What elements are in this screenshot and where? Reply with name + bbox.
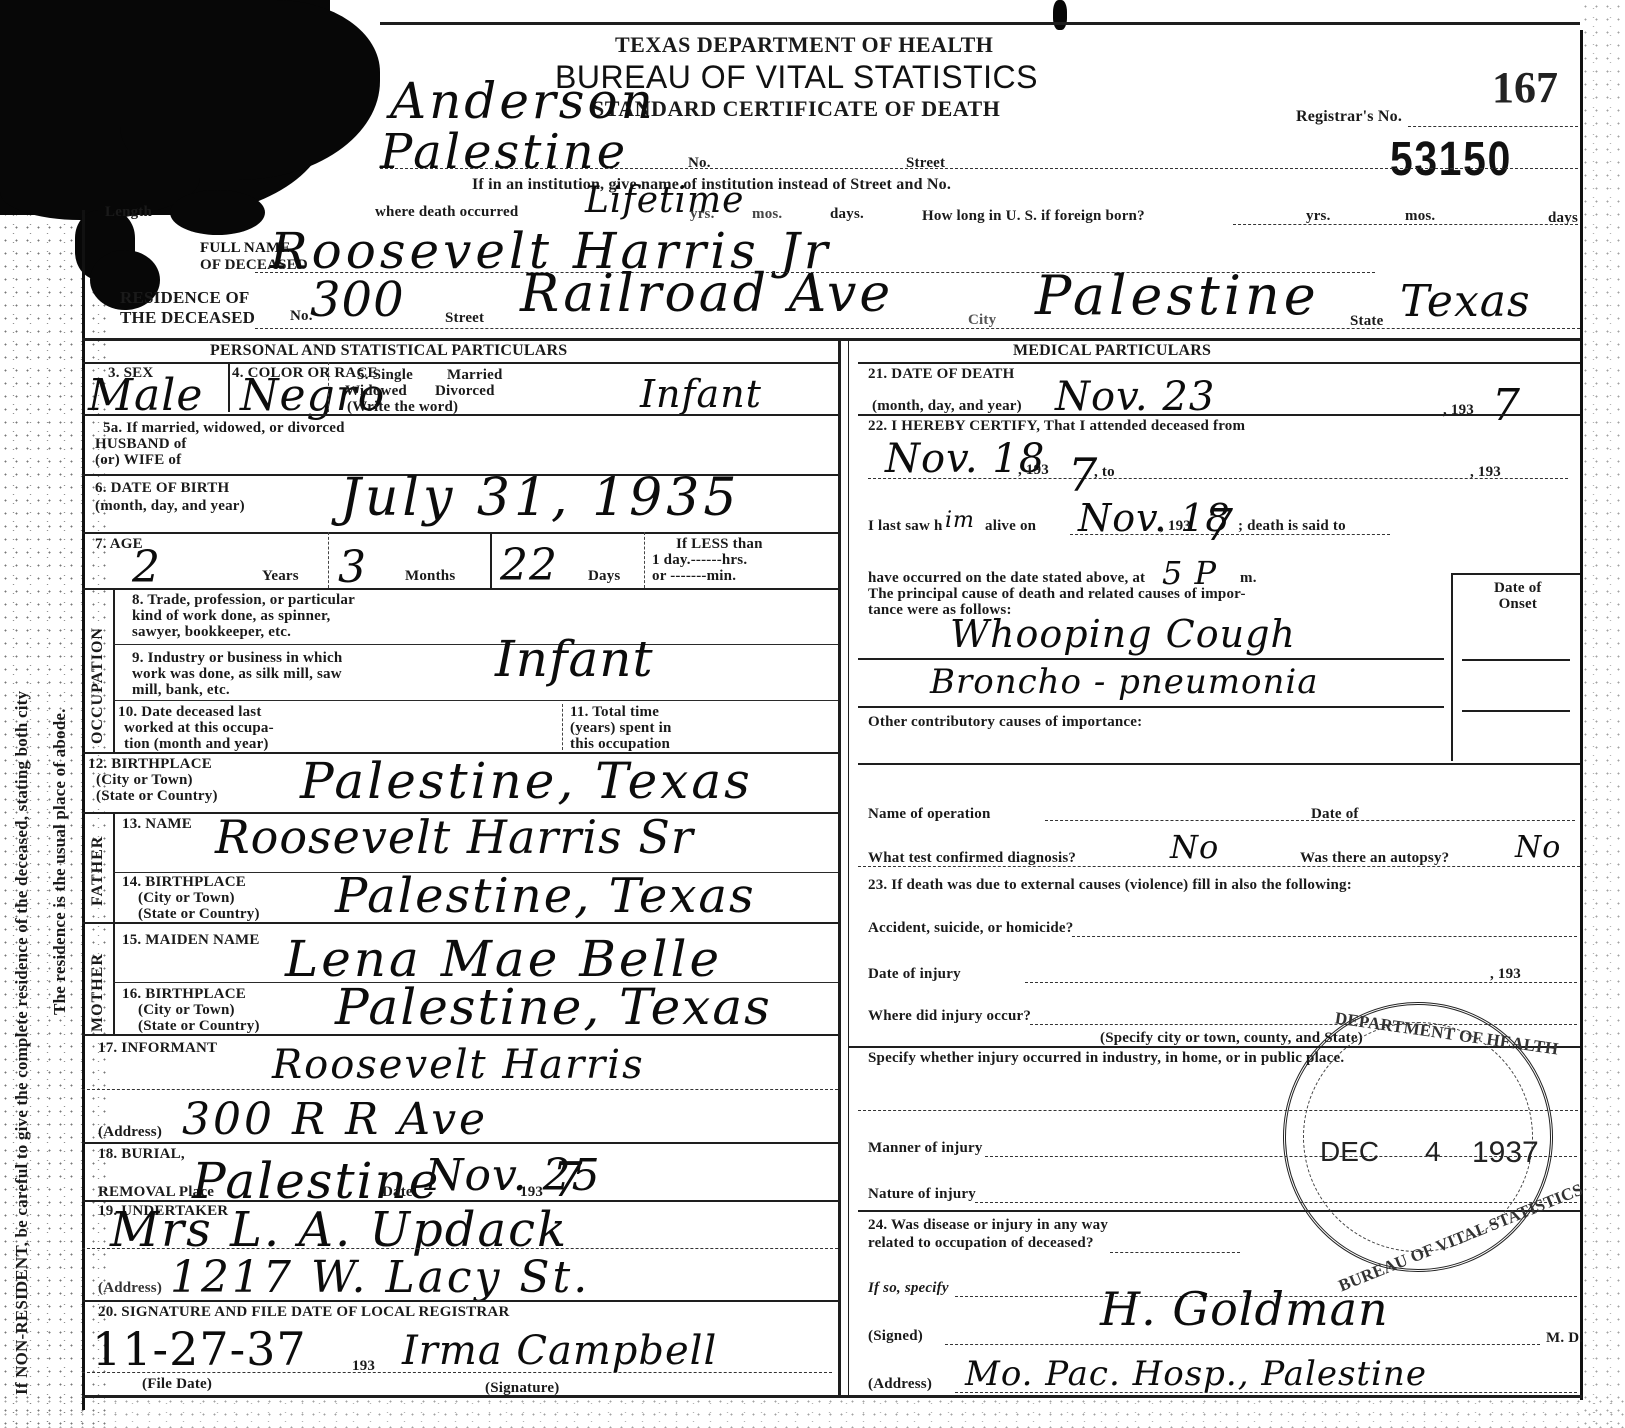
undertaker-address-value: 1217 W. Lacy St. — [170, 1252, 590, 1303]
residence-label-1: RESIDENCE OF — [120, 288, 255, 308]
stamp-date-month: DEC — [1320, 1136, 1379, 1168]
margin-line-2: The residence is the usual place of abod… — [50, 708, 70, 1015]
left-border — [82, 210, 85, 1410]
file-date-value: 11-27-37 — [92, 1322, 307, 1376]
registrar-signature-value: Irma Campbell — [402, 1328, 717, 1374]
age-months-value: 3 — [338, 542, 367, 593]
father-birthplace-value: Palestine, Texas — [335, 868, 756, 924]
date-of-birth-value: July 31, 1935 — [340, 468, 740, 528]
stamp-date-day: 4 — [1425, 1136, 1441, 1168]
onset-label-2: Onset — [1494, 596, 1542, 612]
autopsy-value: No — [1515, 830, 1561, 865]
county-handwritten: Anderson — [390, 72, 656, 130]
street-label: Street — [906, 155, 945, 172]
margin-line-1: If NON-RESIDENT, be careful to give the … — [12, 691, 32, 1395]
stamp-date-year: 1937 — [1472, 1136, 1539, 1170]
father-name-value: Roosevelt Harris Sr — [215, 810, 694, 864]
date-of-death-year-value: 7 — [1492, 380, 1521, 431]
primary-cause-value: Whooping Cough — [950, 612, 1296, 656]
residence-city-value: Palestine — [1035, 264, 1320, 327]
marital-status-value: Infant — [640, 372, 762, 416]
registrar-no-label: Registrar's No. — [1296, 108, 1402, 126]
length-suffix: where death occurred — [375, 204, 518, 221]
residence-state-value: Texas — [1400, 276, 1531, 327]
informant-value: Roosevelt Harris — [272, 1042, 645, 1088]
personal-section-title: PERSONAL AND STATISTICAL PARTICULARS — [210, 342, 567, 360]
registrar-number: 53150 — [1390, 132, 1512, 187]
occupation-side-label: OCCUPATION — [89, 627, 107, 744]
onset-label-1: Date of — [1494, 580, 1542, 596]
birthplace-value: Palestine, Texas — [300, 752, 753, 810]
residence-street-value: Railroad Ave — [520, 264, 893, 324]
medical-section-title: MEDICAL PARTICULARS — [1013, 342, 1211, 360]
age-years-value: 2 — [132, 542, 161, 593]
last-saw-year-value: 7 — [1205, 500, 1234, 551]
residence-label-2: THE DECEASED — [120, 308, 255, 328]
page-number: 167 — [1492, 62, 1558, 113]
age-days-value: 22 — [500, 540, 558, 591]
informant-address-value: 300 R R Ave — [182, 1094, 488, 1145]
foreign-born-label: How long in U. S. if foreign born? — [922, 208, 1145, 225]
mother-birthplace-value: Palestine, Texas — [335, 978, 772, 1036]
residence-number-value: 300 — [310, 272, 405, 328]
physician-address-value: Mo. Pac. Hosp., Palestine — [965, 1354, 1427, 1394]
column-divider — [838, 338, 841, 1398]
occupation-value: Infant — [495, 630, 654, 688]
scan-noise — [0, 1395, 1625, 1428]
undertaker-value: Mrs L. A. Updack — [110, 1202, 568, 1258]
bottom-border — [82, 1395, 1582, 1398]
top-border — [380, 22, 1580, 25]
length-value: Lifetime — [585, 180, 744, 221]
mother-side-label: MOTHER — [89, 953, 107, 1032]
father-side-label: FATHER — [89, 836, 107, 906]
department-title: TEXAS DEPARTMENT OF HEALTH — [615, 32, 993, 58]
city-handwritten: Palestine — [380, 124, 628, 180]
scan-noise — [1580, 0, 1625, 1428]
length-label: Length — [105, 204, 152, 221]
street-no-label: No. — [688, 155, 711, 172]
test-confirmed-value: No — [1170, 828, 1219, 866]
death-certificate: If NON-RESIDENT, be careful to give the … — [0, 0, 1625, 1428]
secondary-cause-value: Broncho - pneumonia — [930, 662, 1319, 702]
